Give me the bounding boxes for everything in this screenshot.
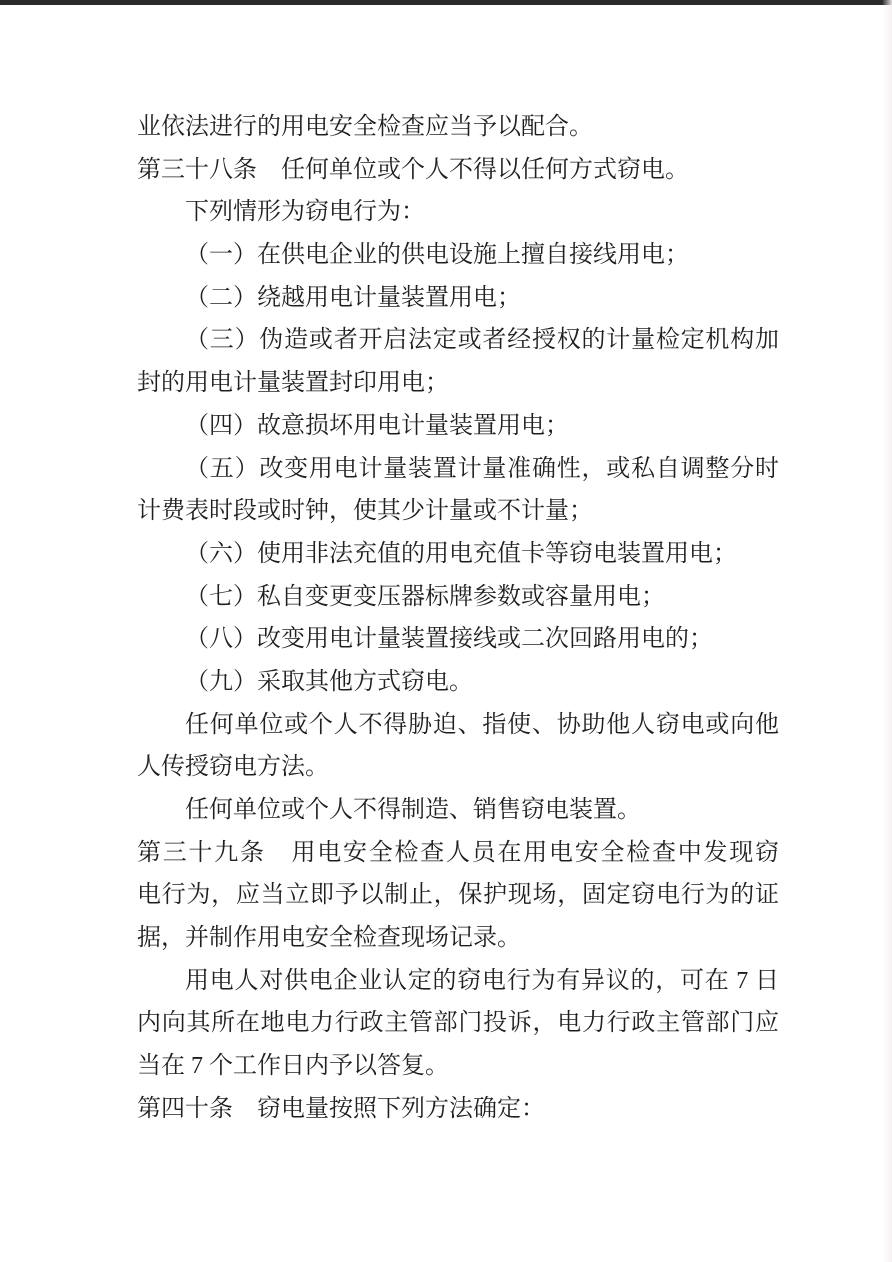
text-line: 第三十九条 用电安全检查人员在用电安全检查中发现窃 [137,832,779,875]
scan-edge-shade [882,0,892,1262]
text-line: 据，并制作用电安全检查现场记录。 [137,917,779,960]
text-line: （五）改变用电计量装置计量准确性，或私自调整分时 [137,448,779,491]
text-line: （八）改变用电计量装置接线或二次回路用电的； [137,618,779,661]
text-line: 计费表时段或时钟，使其少计量或不计量； [137,490,779,533]
text-line: 第四十条 窃电量按照下列方法确定： [137,1088,779,1131]
text-line: 任何单位或个人不得制造、销售窃电装置。 [137,789,779,832]
text-line: （七）私自变更变压器标牌参数或容量用电； [137,576,779,619]
text-line: （九）采取其他方式窃电。 [137,661,779,704]
text-line: 用电人对供电企业认定的窃电行为有异议的，可在 7 日 [137,960,779,1003]
text-line: （三）伪造或者开启法定或者经授权的计量检定机构加 [137,319,779,362]
text-line: 当在 7 个工作日内予以答复。 [137,1045,779,1088]
text-line: 人传授窃电方法。 [137,746,779,789]
text-line: 业依法进行的用电安全检查应当予以配合。 [137,106,779,149]
text-line: 下列情形为窃电行为： [137,191,779,234]
text-line: （六）使用非法充值的用电充值卡等窃电装置用电； [137,533,779,576]
text-line: 封的用电计量装置封印用电； [137,362,779,405]
text-line: 第三十八条 任何单位或个人不得以任何方式窃电。 [137,149,779,192]
text-line: （四）故意损坏用电计量装置用电； [137,405,779,448]
document-page: 业依法进行的用电安全检查应当予以配合。第三十八条 任何单位或个人不得以任何方式窃… [0,0,892,1262]
scan-edge-artifact [0,0,892,5]
document-text-block: 业依法进行的用电安全检查应当予以配合。第三十八条 任何单位或个人不得以任何方式窃… [137,106,779,1131]
text-line: 电行为，应当立即予以制止，保护现场，固定窃电行为的证 [137,874,779,917]
text-line: 任何单位或个人不得胁迫、指使、协助他人窃电或向他 [137,704,779,747]
text-line: （二）绕越用电计量装置用电； [137,277,779,320]
text-line: （一）在供电企业的供电设施上擅自接线用电； [137,234,779,277]
text-line: 内向其所在地电力行政主管部门投诉，电力行政主管部门应 [137,1002,779,1045]
